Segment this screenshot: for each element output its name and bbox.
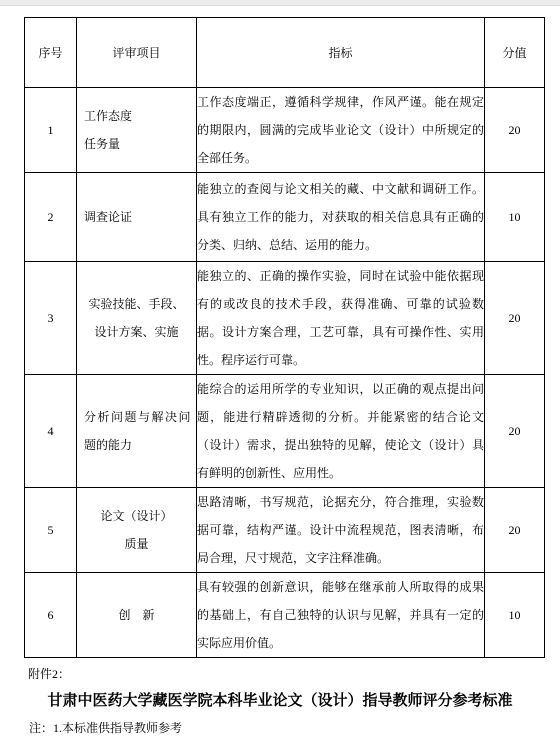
project-line: 质量 [77,530,196,558]
project-line: 实验技能、手段、 [77,290,196,318]
table-row: 6 创 新 具有较强的创新意识，能够在继承前人所取得的成果的基础上，有自己独特的… [25,573,545,658]
header-review-item: 评审项目 [77,18,197,88]
indicator-cell: 能独立的、正确的操作实验，同时在试验中能依据现有的或改良的技术手段，获得准确、可… [197,262,485,375]
project-line: 创 新 [77,601,196,629]
page-top-edge [0,0,560,6]
score-cell: 20 [485,488,545,573]
table-row: 5 论文（设计） 质量 思路清晰，书写规范，论据充分，符合推理，实验数据可靠，结… [25,488,545,573]
project-cell: 调查论证 [77,173,197,262]
table-row: 3 实验技能、手段、 设计方案、实施 能独立的、正确的操作实验，同时在试验中能依… [25,262,545,375]
header-score: 分值 [485,18,545,88]
indicator-cell: 工作态度端正，遵循科学规律，作风严谨。能在规定的期限内，圆满的完成毕业论文（设计… [197,88,485,173]
project-line: 设计方案、实施 [77,318,196,346]
indicator-cell: 具有较强的创新意识，能够在继承前人所取得的成果的基础上，有自己独特的认识与见解，… [197,573,485,658]
project-line: 工作态度 [84,102,196,130]
project-line: 任务量 [84,130,196,158]
evaluation-table: 序号 评审项目 指标 分值 1 工作态度 任务量 工作态度端正，遵循科学规律，作… [24,17,545,658]
score-cell: 20 [485,88,545,173]
note-text: 注：1.本标准供指导教师参考 [29,720,560,736]
indicator-cell: 能综合的运用所学的专业知识，以正确的观点提出问题，能进行精辟透彻的分析。并能紧密… [197,375,485,488]
score-cell: 10 [485,173,545,262]
project-cell: 实验技能、手段、 设计方案、实施 [77,262,197,375]
table-row: 4 分析问题与解决问 题的能力 能综合的运用所学的专业知识，以正确的观点提出问题… [25,375,545,488]
table-header-row: 序号 评审项目 指标 分值 [25,18,545,88]
project-cell: 分析问题与解决问 题的能力 [77,375,197,488]
table-row: 1 工作态度 任务量 工作态度端正，遵循科学规律，作风严谨。能在规定的期限内，圆… [25,88,545,173]
project-line: 论文（设计） [77,502,196,530]
score-cell: 20 [485,375,545,488]
attachment-label: 附件2： [28,666,560,682]
row-number-cell: 2 [25,173,77,262]
indicator-cell: 思路清晰，书写规范，论据充分，符合推理，实验数据可靠，结构严谨。设计中流程规范，… [197,488,485,573]
row-number-cell: 5 [25,488,77,573]
indicator-cell: 能独立的查阅与论文相关的藏、中文献和调研工作。具有独立工作的能力，对获取的相关信… [197,173,485,262]
table-row: 2 调查论证 能独立的查阅与论文相关的藏、中文献和调研工作。具有独立工作的能力，… [25,173,545,262]
project-cell: 创 新 [77,573,197,658]
project-line: 调查论证 [84,203,196,231]
project-line: 分析问题与解决问 [84,403,196,431]
project-cell: 工作态度 任务量 [77,88,197,173]
header-indicator: 指标 [197,18,485,88]
row-number-cell: 1 [25,88,77,173]
document-title: 甘肃中医药大学藏医学院本科毕业论文（设计）指导教师评分参考标准 [0,691,560,711]
row-number-cell: 4 [25,375,77,488]
header-number: 序号 [25,18,77,88]
project-line: 题的能力 [84,431,196,459]
score-cell: 10 [485,573,545,658]
project-cell: 论文（设计） 质量 [77,488,197,573]
row-number-cell: 3 [25,262,77,375]
document-page: 序号 评审项目 指标 分值 1 工作态度 任务量 工作态度端正，遵循科学规律，作… [0,0,560,745]
row-number-cell: 6 [25,573,77,658]
score-cell: 20 [485,262,545,375]
